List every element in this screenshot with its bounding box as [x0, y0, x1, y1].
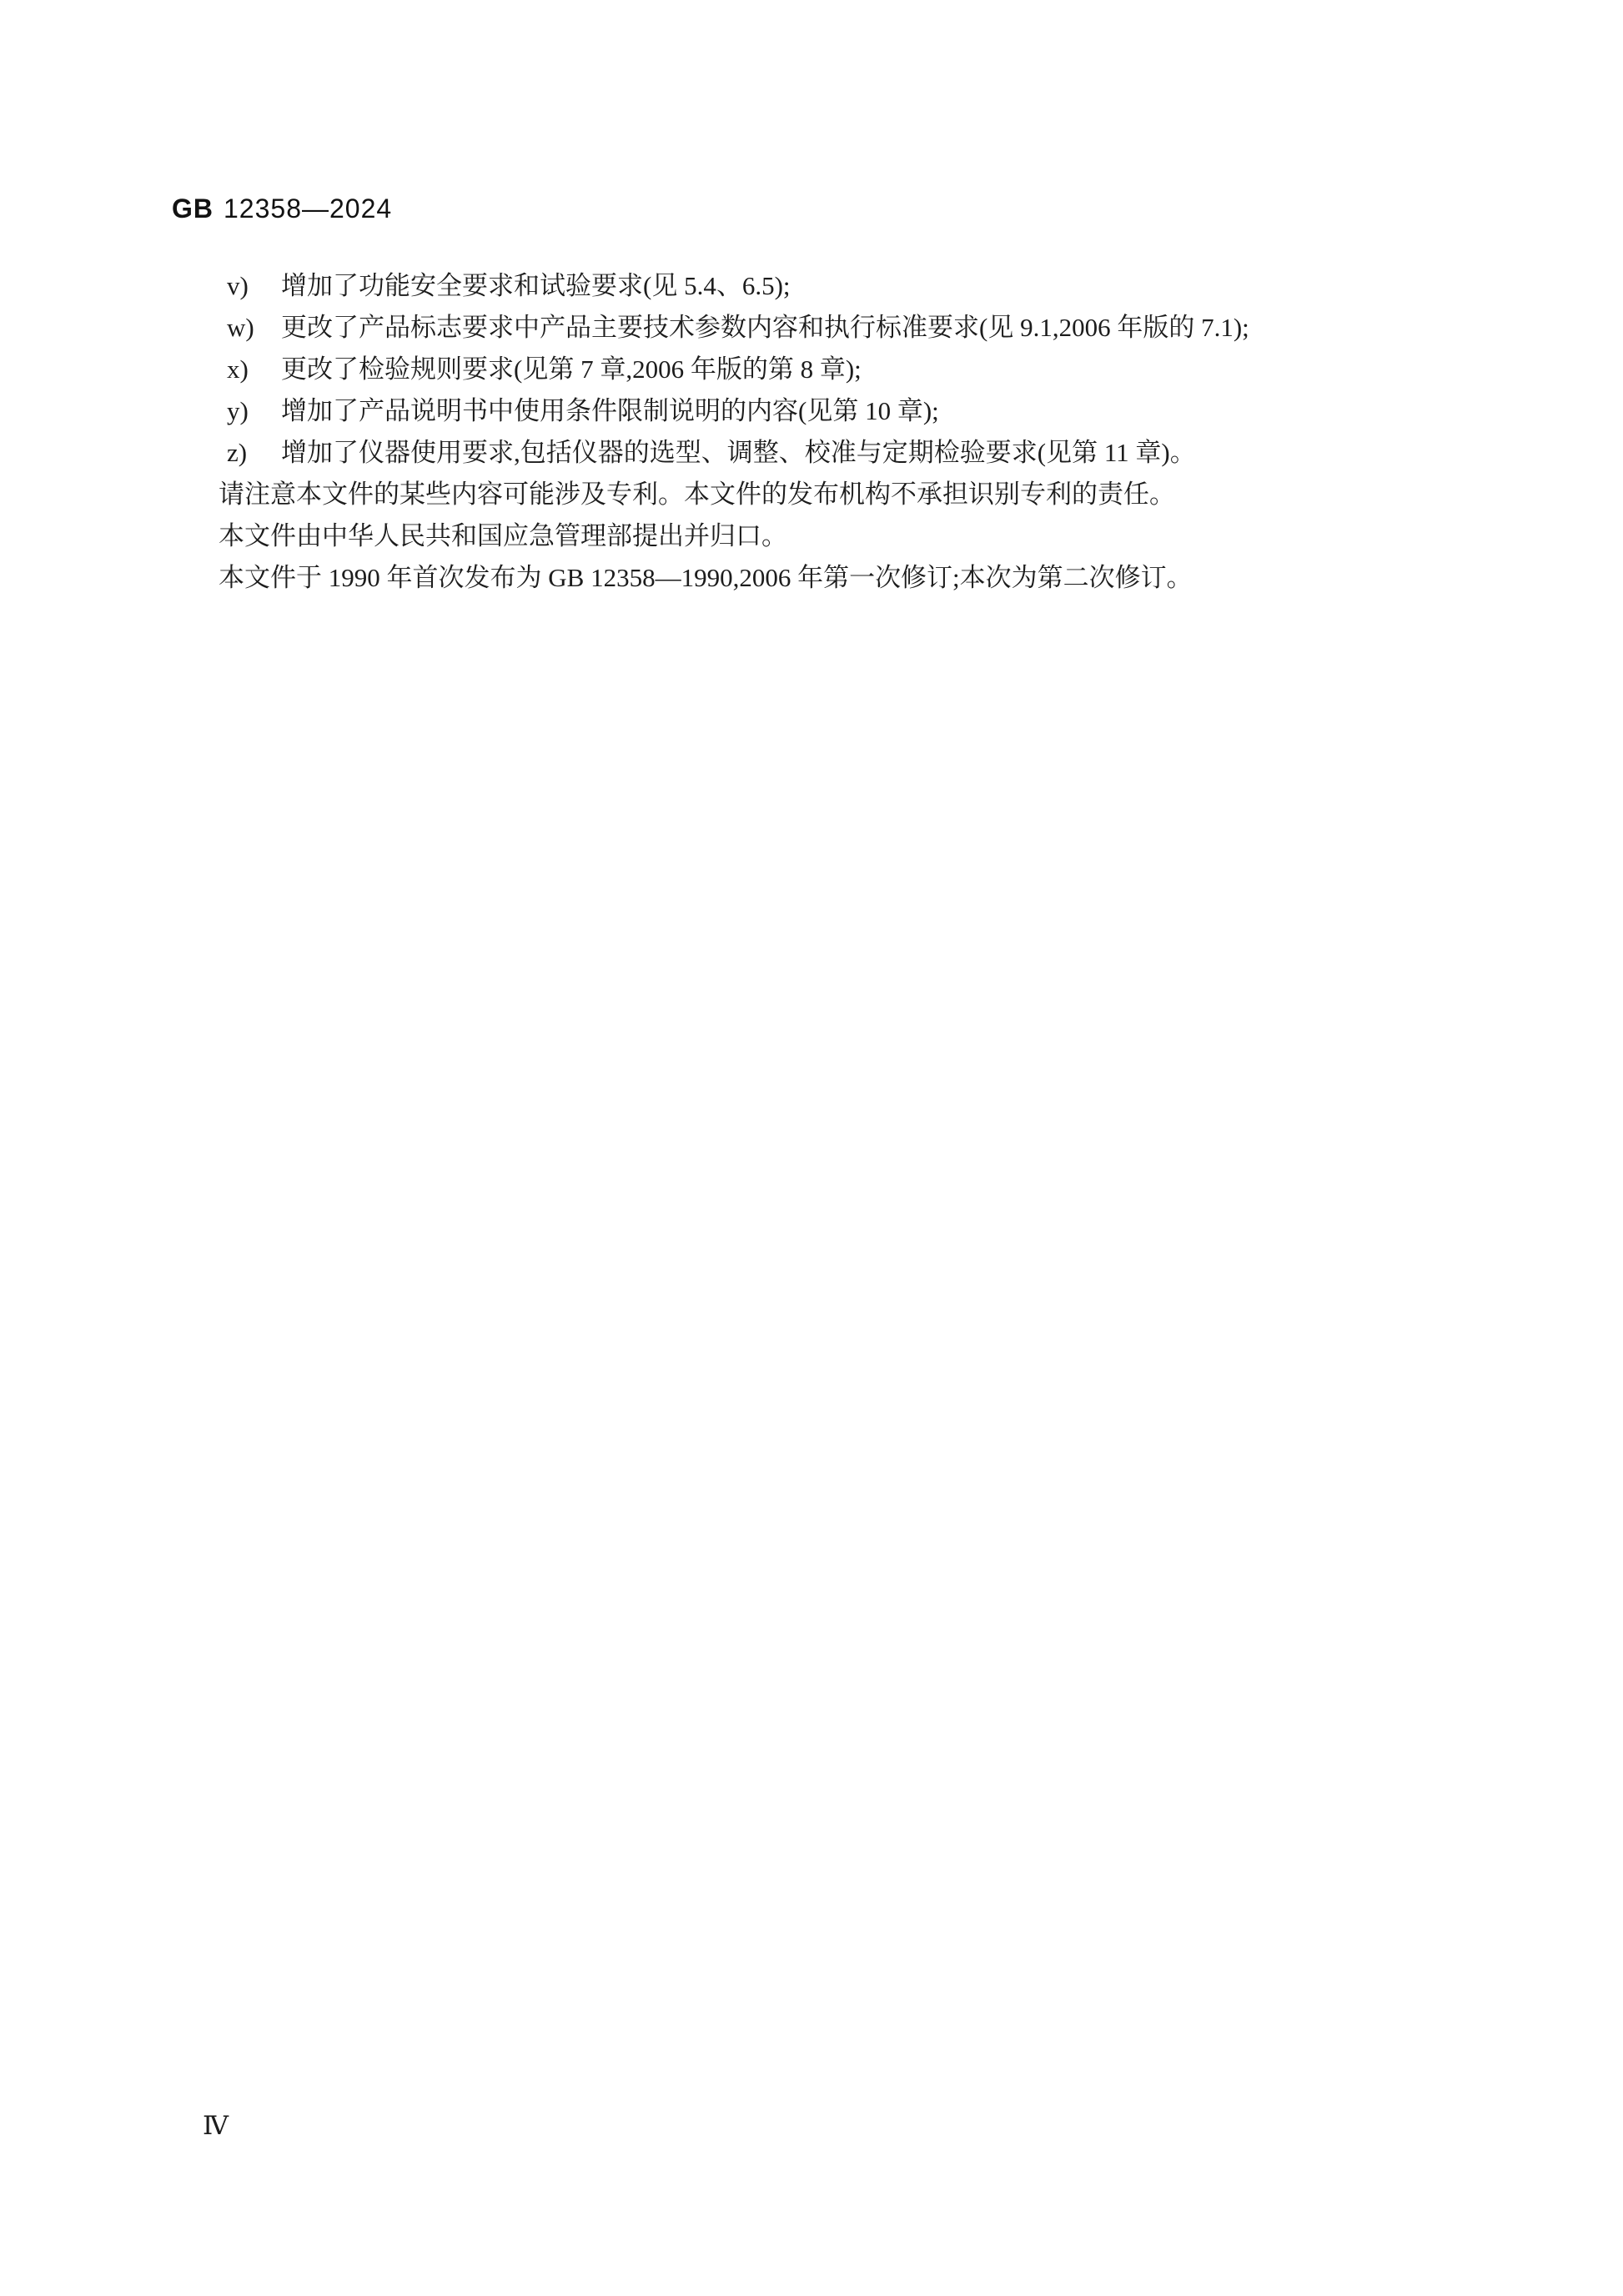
list-item-y: y) 增加了产品说明书中使用条件限制说明的内容(见第 10 章); [219, 390, 1453, 432]
list-item-x: x) 更改了检验规则要求(见第 7 章,2006 年版的第 8 章); [219, 349, 1453, 390]
standard-number-header: GB12358—2024 [172, 195, 392, 222]
list-item-w: w) 更改了产品标志要求中产品主要技术参数内容和执行标准要求(见 9.1,200… [219, 307, 1453, 349]
list-item-label: x) [227, 349, 249, 390]
list-item-text: 增加了功能安全要求和试验要求(见 5.4、6.5); [281, 271, 791, 300]
list-item-text: 更改了检验规则要求(见第 7 章,2006 年版的第 8 章); [281, 354, 862, 384]
list-item-label: y) [227, 390, 249, 432]
list-item-label: z) [227, 432, 247, 474]
list-item-text: 增加了产品说明书中使用条件限制说明的内容(见第 10 章); [281, 396, 939, 425]
list-item-label: v) [227, 265, 249, 307]
issuing-body-paragraph: 本文件由中华人民共和国应急管理部提出并归口。 [219, 515, 1453, 557]
document-page: GB12358—2024 v) 增加了功能安全要求和试验要求(见 5.4、6.5… [0, 0, 1623, 2296]
list-item-v: v) 增加了功能安全要求和试验要求(见 5.4、6.5); [219, 265, 1453, 307]
list-item-text: 增加了仪器使用要求,包括仪器的选型、调整、校准与定期检验要求(见第 11 章)。 [281, 438, 1196, 467]
standard-prefix: GB [172, 193, 214, 224]
page-number: Ⅳ [203, 2112, 229, 2140]
revision-history-paragraph: 本文件于 1990 年首次发布为 GB 12358—1990,2006 年第一次… [219, 557, 1453, 599]
patent-notice-paragraph: 请注意本文件的某些内容可能涉及专利。本文件的发布机构不承担识别专利的责任。 [219, 474, 1453, 515]
list-item-text: 更改了产品标志要求中产品主要技术参数内容和执行标准要求(见 9.1,2006 年… [281, 313, 1249, 342]
list-item-z: z) 增加了仪器使用要求,包括仪器的选型、调整、校准与定期检验要求(见第 11 … [219, 432, 1453, 474]
list-item-label: w) [227, 307, 254, 349]
standard-code: 12358—2024 [224, 193, 392, 224]
foreword-text-block: v) 增加了功能安全要求和试验要求(见 5.4、6.5); w) 更改了产品标志… [219, 265, 1453, 599]
